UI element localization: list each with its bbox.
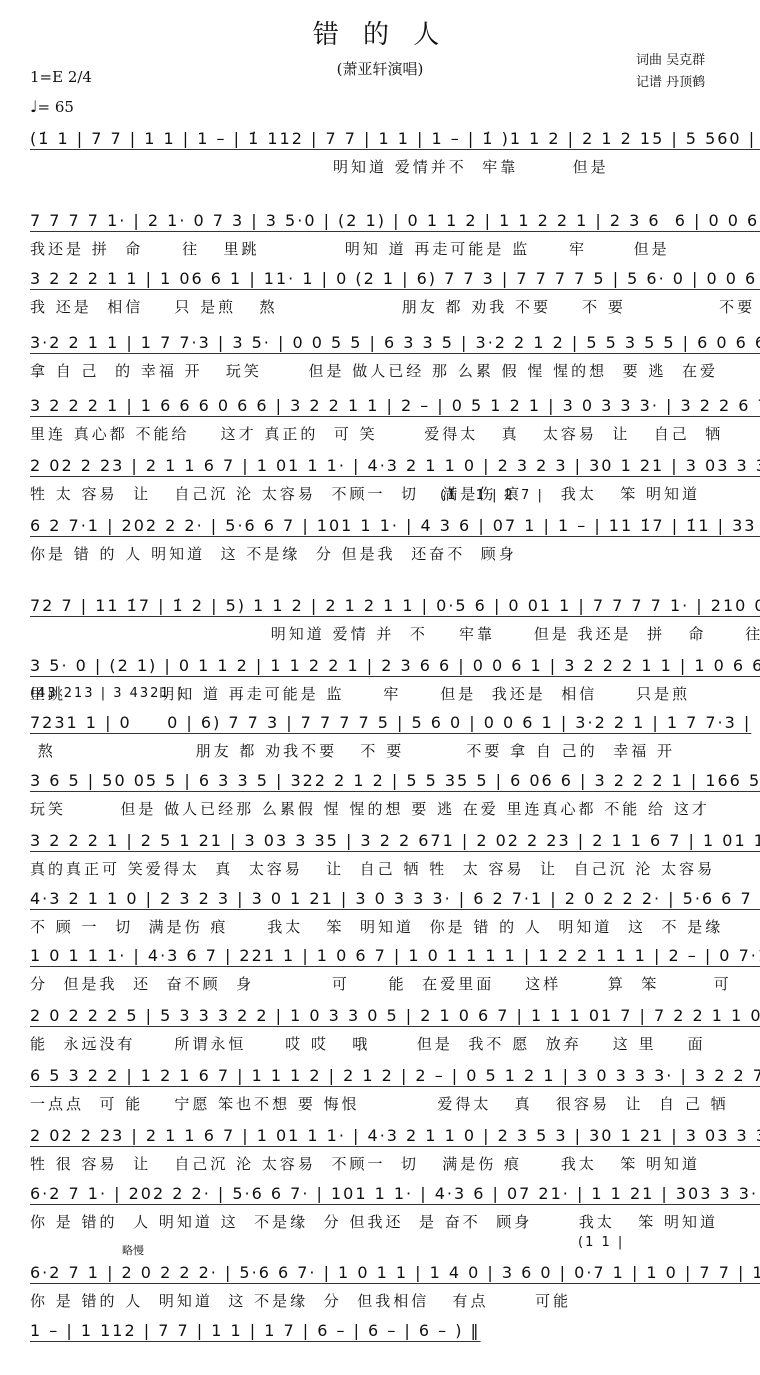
notation-row: 1 – | 1 112 | 7 7 | 1 1 | 1 7 | 6 – | 6 … (30, 1320, 735, 1342)
score-line: 2 02 2 23 | 2 1 1 6 7 | 1 01 1 1· | 4·3 … (30, 1125, 735, 1175)
score-line: 6 2 7·1 | 202 2 2· | 5·6 6 7 | 101 1 1· … (30, 515, 735, 565)
score-line: 7231 1 | 0 0 | 6) 7 7 3 | 7 7 7 7 5 | 5 … (30, 712, 735, 762)
notation-row: 6·2 7 1· | 202 2 2· | 5·6 6 7· | 101 1 1… (30, 1183, 735, 1205)
lyrics-row: 能 永远没有 所谓永恒 哎 哎 哦 但是 我不 愿 放弃 这 里 面 (30, 1033, 735, 1055)
lyrics-row: 里连 真心都 不能给 这才 真正的 可 笑 爱得太 真 太容易 让 自己 牺 (30, 423, 735, 445)
credit-composer: 词曲 吴克群 (636, 50, 705, 72)
notation-row: 2 02 2 23 | 2 1 1 6 7 | 1 01 1 1· | 4·3 … (30, 1125, 735, 1147)
score-line: 6 5 3 2 2 | 1 2 1 6 7 | 1 1 1 2 | 2 1 2 … (30, 1065, 735, 1115)
song-title: 错 的 人 (0, 14, 760, 51)
score-line: 2 0 2 2 2 5 | 5 3 3 3 2 2 | 1 0 3 3 0 5 … (30, 1005, 735, 1055)
score-line: 1 – | 1 112 | 7 7 | 1 1 | 1 7 | 6 – | 6 … (30, 1320, 735, 1342)
notation-row: 1 0 1 1 1· | 4·3 6 7 | 221 1 | 1 0 6 7 |… (30, 945, 735, 967)
score-line: 1 0 1 1 1· | 4·3 6 7 | 221 1 | 1 0 6 7 |… (30, 945, 735, 995)
notation-row: 3·2 2 1 1 | 1 7 7·3 | 3 5· | 0 0 5 5 | 6… (30, 332, 735, 354)
notation-row: 6 2 7·1 | 202 2 2· | 5·6 6 7 | 101 1 1· … (30, 515, 735, 537)
notation-row: 2 02 2 23 | 2 1 1 6 7 | 1 01 1 1· | 4·3 … (30, 455, 735, 477)
score-line: (1 1 | (578, 1232, 760, 1254)
notation-row: 6 5 3 2 2 | 1 2 1 6 7 | 1 1 1 2 | 2 1 2 … (30, 1065, 735, 1087)
score-line: 4·3 2 1 1 0 | 2 3 2 3 | 3 0 1 21 | 3 0 3… (30, 888, 735, 938)
notation-row: (43 213 | 3 4321 | (30, 683, 735, 705)
notation-row: 7231 1 | 0 0 | 6) 7 7 3 | 7 7 7 7 5 | 5 … (30, 712, 735, 734)
quarter-note-icon: ♩ (30, 97, 38, 116)
score-line: 3 6 5 | 50 05 5 | 6 3 3 5 | 322 2 1 2 | … (30, 770, 735, 820)
tempo-marking: ♩= 65 (30, 97, 74, 116)
lyrics-row: 你 是 错的 人 明知道 这 不是缘 分 但我相信 有点 可能 (30, 1290, 735, 1312)
score-line: 3 2 2 2 1 1 | 1 06 6 1 | 11· 1 | 0 (2 1 … (30, 268, 735, 318)
notation-row: 3 2 2 2 1 | 1 6 6 6 0 6 6 | 3 2 2 1 1 | … (30, 395, 735, 417)
lyrics-row: 真的真正可 笑爱得太 真 太容易 让 自己 牺 牲 太 容易 让 自己沉 沦 太… (30, 858, 735, 880)
notation-row: 2 0 2 2 2 5 | 5 3 3 3 2 2 | 1 0 3 3 0 5 … (30, 1005, 735, 1027)
score-line: (1̇ 1 | 7 7 | 1 1 | 1 – | 1̇ 112 | 7 7 |… (30, 128, 735, 178)
notation-row: 3 2 2 2 1 1 | 1 06 6 1 | 11· 1 | 0 (2 1 … (30, 268, 735, 290)
score-line: 3·2 2 1 1 | 1 7 7·3 | 3 5· | 0 0 5 5 | 6… (30, 332, 735, 382)
notation-row: 7 7 7 7 1· | 2 1· 0 7 3 | 3 5·0 | (2 1) … (30, 210, 735, 232)
score-line: 6·2 7 1 | 2 0 2 2 2· | 5·6 6 7· | 1 0 1 … (30, 1262, 735, 1312)
notation-row: (1̇ 1 | 7 7 | 1 1 | 1 – | 1̇ 112 | 7 7 |… (30, 128, 735, 150)
notation-row: 3 6 5 | 50 05 5 | 6 3 3 5 | 322 2 1 2 | … (30, 770, 735, 792)
lyrics-row: 我还是 拼 命 往 里跳 明知 道 再走可能是 监 牢 但是 (30, 238, 735, 260)
score-line: 72 7 | 11 1̇7 | 1̇ 2 | 5) 1 1 2 | 2 1 2 … (30, 595, 735, 645)
score-line: 6·2 7 1· | 202 2 2· | 5·6 6 7· | 101 1 1… (30, 1183, 735, 1233)
notation-row: 4·3 2 1 1 0 | 2 3 2 3 | 3 0 1 21 | 3 0 3… (30, 888, 735, 910)
lyrics-row: 你 是 错的 人 明知道 这 不是缘 分 但我还 是 奋不 顾身 我太 笨 明知… (30, 1211, 735, 1233)
lyrics-row: 拿 自 己 的 幸福 开 玩笑 但是 做人已经 那 么累 假 惺 惺的想 要 逃… (30, 360, 735, 382)
lyrics-row: 玩笑 但是 做人已经那 么累假 惺 惺的想 要 逃 在爱 里连真心都 不能 给 … (30, 798, 735, 820)
credit-transcriber: 记谱 丹顶鹤 (636, 72, 705, 94)
lyrics-row: 你是 错 的 人 明知道 这 不是缘 分 但是我 还奋不 顾身 (30, 543, 735, 565)
lyrics-row: 一点点 可 能 宁愿 笨也不想 要 悔恨 爱得太 真 很容易 让 自 己 牺 (30, 1093, 735, 1115)
lyrics-row: 明知道 爱情并不 牢靠 但是 (30, 156, 735, 178)
lyrics-row: 牲 很 容易 让 自己沉 沦 太容易 不顾一 切 满是伤 痕 我太 笨 明知道 (30, 1153, 735, 1175)
score-line: (43 213 | 3 4321 | (30, 683, 735, 705)
notation-row: 3 5· 0 | (2 1) | 0 1 1 2 | 1 1 2 2 1 | 2… (30, 655, 735, 677)
lyrics-row: 明知道 爱情 并 不 牢靠 但是 我还是 拼 命 往 (30, 623, 735, 645)
annotation-slow: 略慢 (122, 1242, 144, 1258)
score-line: 3 2 2 2 1 | 2 5 1 21 | 3 03 3 35 | 3 2 2… (30, 830, 735, 880)
notation-row: 3 2 2 2 1 | 2 5 1 21 | 3 03 3 35 | 3 2 2… (30, 830, 735, 852)
score-line: 7 7 7 7 1· | 2 1· 0 7 3 | 3 5·0 | (2 1) … (30, 210, 735, 260)
notation-row: 72 7 | 11 1̇7 | 1̇ 2 | 5) 1 1 2 | 2 1 2 … (30, 595, 735, 617)
notation-row: (1̇ 1̇ | 2 7 | (440, 485, 760, 507)
lyrics-row: 熬 朋友 都 劝我不要 不 要 不要 拿 自 己的 幸福 开 (30, 740, 735, 762)
key-signature: 1=E 2/4 (30, 68, 92, 86)
lyrics-row: 不 顾 一 切 满是伤 痕 我太 笨 明知道 你是 错 的 人 明知道 这 不 … (30, 916, 735, 938)
score-line: (1̇ 1̇ | 2 7 | (440, 485, 760, 507)
lyrics-row: 我 还是 相信 只 是煎 熬 朋友 都 劝我 不要 不 要 不要 (30, 296, 735, 318)
score-line: 3 2 2 2 1 | 1 6 6 6 0 6 6 | 3 2 2 1 1 | … (30, 395, 735, 445)
tempo-value: = 65 (38, 98, 74, 116)
notation-row: (1 1 | (578, 1232, 760, 1254)
lyrics-row: 分 但是我 还 奋不顾 身 可 能 在爱里面 这样 算 笨 可 (30, 973, 735, 995)
notation-row: 6·2 7 1 | 2 0 2 2 2· | 5·6 6 7· | 1 0 1 … (30, 1262, 735, 1284)
credits: 词曲 吴克群 记谱 丹顶鹤 (636, 50, 705, 94)
